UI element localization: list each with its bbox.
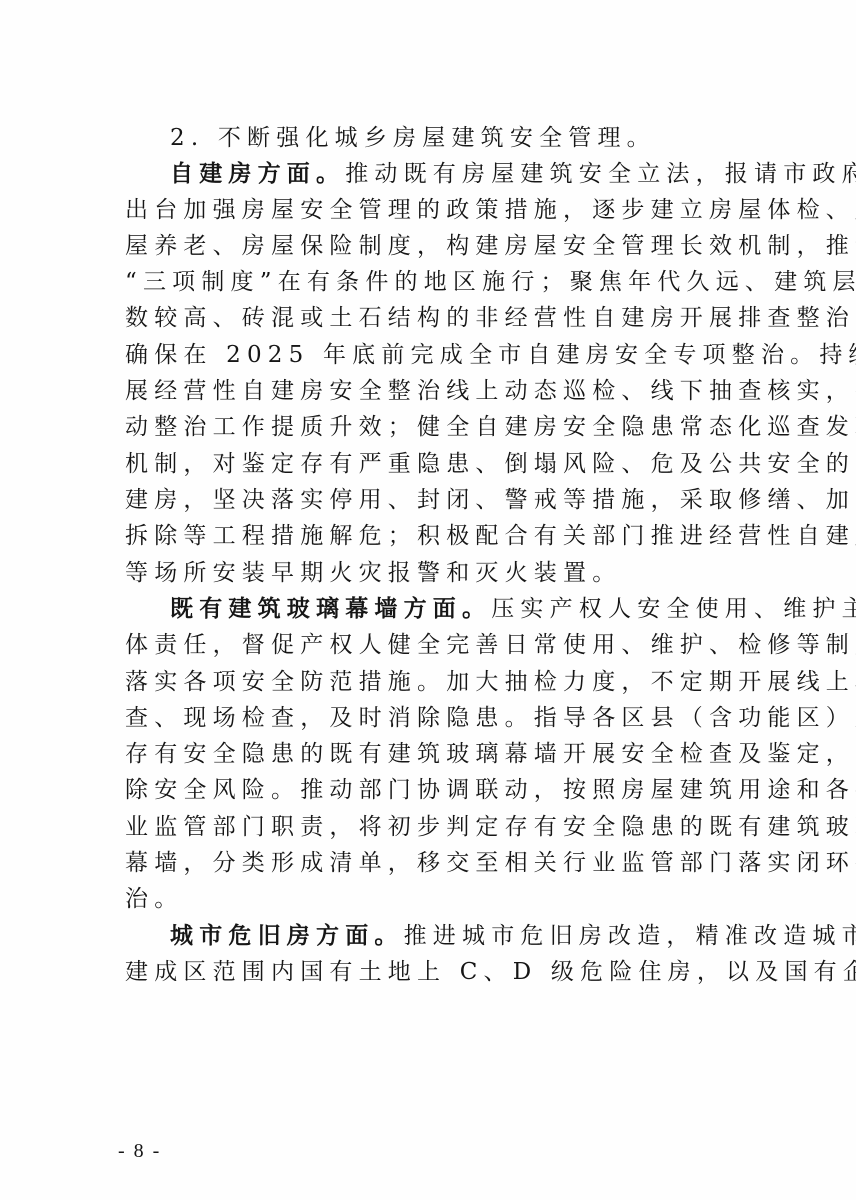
paragraph-2-line: 除安全风险。推动部门协调联动，按照房屋建筑用途和各行: [125, 774, 725, 806]
page-number: - 8 -: [118, 1140, 161, 1163]
paragraph-1-line: 展经营性自建房安全整治线上动态巡检、线下抽查核实，推: [125, 375, 725, 407]
paragraph-1-line-1: 自建房方面。推动既有房屋建筑安全立法，报请市政府: [170, 158, 770, 190]
paragraph-1-line: 屋养老、房屋保险制度，构建房屋安全管理长效机制，推动: [125, 230, 725, 262]
paragraph-2-lead: 既有建筑玻璃幕墙方面。: [170, 595, 491, 622]
paragraph-1-lead: 自建房方面。: [170, 160, 345, 187]
paragraph-1-line: 出台加强房屋安全管理的政策措施，逐步建立房屋体检、房: [125, 194, 725, 226]
paragraph-1-line: 数较高、砖混或土石结构的非经营性自建房开展排查整治，: [125, 302, 725, 334]
paragraph-1-line: “三项制度”在有条件的地区施行；聚焦年代久远、建筑层: [125, 266, 725, 298]
paragraph-2-line: 业监管部门职责，将初步判定存有安全隐患的既有建筑玻璃: [125, 811, 725, 843]
paragraph-2-line: 体责任，督促产权人健全完善日常使用、维护、检修等制度，: [125, 629, 725, 661]
paragraph-3-line-1: 城市危旧房方面。推进城市危旧房改造，精准改造城市: [170, 920, 770, 952]
paragraph-1-line: 建房，坚决落实停用、封闭、警戒等措施，采取修缮、加固、: [125, 484, 725, 516]
paragraph-2-line: 查、现场检查，及时消除隐患。指导各区县（含功能区）对: [125, 702, 725, 734]
paragraph-3-lead: 城市危旧房方面。: [170, 922, 404, 949]
paragraph-2-line-1: 既有建筑玻璃幕墙方面。压实产权人安全使用、维护主: [170, 593, 770, 625]
section-heading: 2. 不断强化城乡房屋建筑安全管理。: [170, 122, 770, 154]
paragraph-2-line: 幕墙，分类形成清单，移交至相关行业监管部门落实闭环整: [125, 847, 725, 879]
paragraph-2-line: 落实各项安全防范措施。加大抽检力度，不定期开展线上核: [125, 666, 725, 698]
paragraph-2-line: 治。: [125, 883, 725, 915]
paragraph-1-line: 动整治工作提质升效；健全自建房安全隐患常态化巡查发现: [125, 411, 725, 443]
paragraph-2-line: 存有安全隐患的既有建筑玻璃幕墙开展安全检查及鉴定，消: [125, 738, 725, 770]
paragraph-1-line: 确保在 2025 年底前完成全市自建房安全专项整治。持续开: [125, 339, 725, 371]
paragraph-1-line: 机制，对鉴定存有严重隐患、倒塌风险、危及公共安全的自: [125, 448, 725, 480]
paragraph-1-line: 等场所安装早期火灾报警和灭火装置。: [125, 557, 725, 589]
paragraph-3-line: 建成区范围内国有土地上 C、D 级危险住房，以及国有企事: [125, 956, 725, 988]
document-page: 2. 不断强化城乡房屋建筑安全管理。 自建房方面。推动既有房屋建筑安全立法，报请…: [0, 0, 856, 1200]
paragraph-1-line: 拆除等工程措施解危；积极配合有关部门推进经营性自建房: [125, 520, 725, 552]
